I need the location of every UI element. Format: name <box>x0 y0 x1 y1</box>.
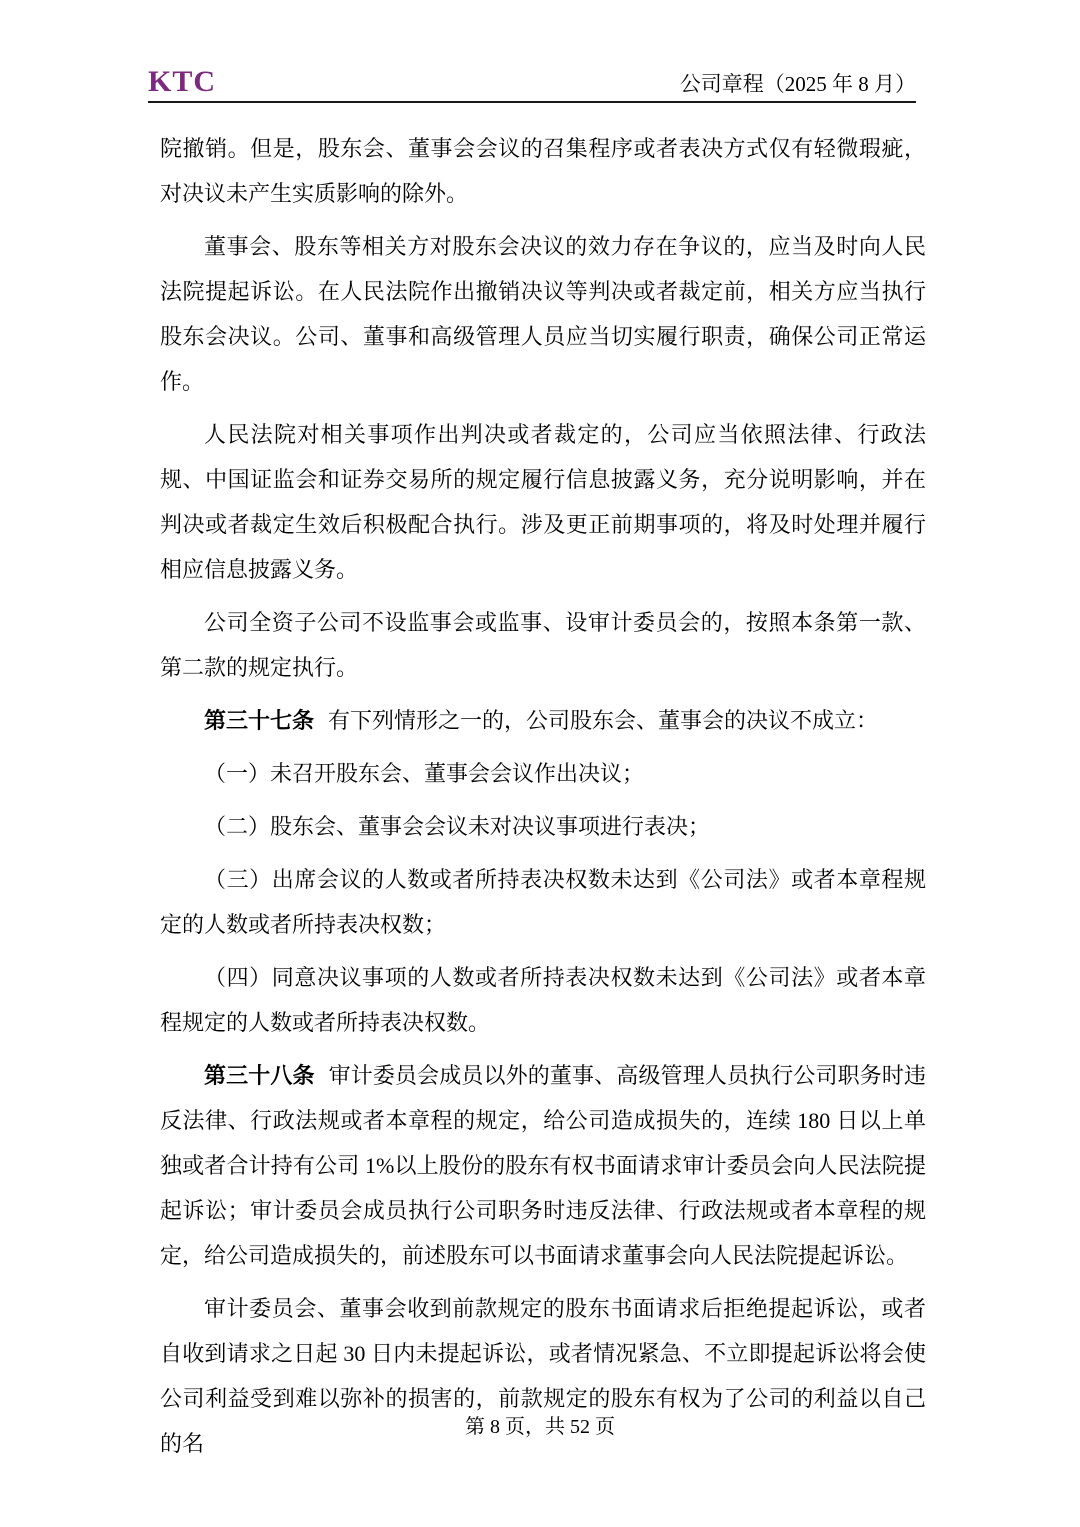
document-title: 公司章程（2025 年 8 月） <box>680 72 916 96</box>
paragraph: 审计委员会、董事会收到前款规定的股东书面请求后拒绝提起诉讼，或者自收到请求之日起… <box>160 1286 926 1466</box>
article-number: 第三十八条 <box>204 1063 315 1088</box>
document-page: KTC 公司章程（2025 年 8 月） 院撤销。但是，股东会、董事会会议的召集… <box>0 0 1080 1527</box>
article-number: 第三十七条 <box>204 708 314 733</box>
paragraph: 人民法院对相关事项作出判决或者裁定的，公司应当依照法律、行政法规、中国证监会和证… <box>160 412 926 592</box>
page-number: 第 8 页，共 52 页 <box>0 1410 1080 1439</box>
company-logo: KTC <box>148 68 216 96</box>
document-body: 院撤销。但是，股东会、董事会会议的召集程序或者表决方式仅有轻微瑕疵，对决议未产生… <box>160 126 926 1474</box>
paragraph-text: 人民法院对相关事项作出判决或者裁定的，公司应当依照法律、行政法规、中国证监会和证… <box>160 422 926 582</box>
article-paragraph: 第三十八条审计委员会成员以外的董事、高级管理人员执行公司职务时违反法律、行政法规… <box>160 1053 926 1278</box>
paragraph-text: 有下列情形之一的，公司股东会、董事会的决议不成立： <box>328 708 878 733</box>
paragraph-text: （一）未召开股东会、董事会会议作出决议； <box>204 761 644 786</box>
paragraph: 院撤销。但是，股东会、董事会会议的召集程序或者表决方式仅有轻微瑕疵，对决议未产生… <box>160 126 926 216</box>
paragraph: 公司全资子公司不设监事会或监事、设审计委员会的，按照本条第一款、第二款的规定执行… <box>160 600 926 690</box>
paragraph-text: （三）出席会议的人数或者所持表决权数未达到《公司法》或者本章程规定的人数或者所持… <box>160 867 926 937</box>
paragraph-text: （二）股东会、董事会会议未对决议事项进行表决； <box>204 814 710 839</box>
paragraph-text: 审计委员会成员以外的董事、高级管理人员执行公司职务时违反法律、行政法规或者本章程… <box>160 1063 926 1268</box>
article-paragraph: 第三十七条有下列情形之一的，公司股东会、董事会的决议不成立： <box>160 698 926 743</box>
paragraph-text: 院撤销。但是，股东会、董事会会议的召集程序或者表决方式仅有轻微瑕疵，对决议未产生… <box>160 136 926 206</box>
paragraph: 董事会、股东等相关方对股东会决议的效力存在争议的，应当及时向人民法院提起诉讼。在… <box>160 224 926 404</box>
paragraph-text: （四）同意决议事项的人数或者所持表决权数未达到《公司法》或者本章程规定的人数或者… <box>160 965 926 1035</box>
paragraph: （四）同意决议事项的人数或者所持表决权数未达到《公司法》或者本章程规定的人数或者… <box>160 955 926 1045</box>
paragraph-text: 董事会、股东等相关方对股东会决议的效力存在争议的，应当及时向人民法院提起诉讼。在… <box>160 234 926 394</box>
paragraph: （二）股东会、董事会会议未对决议事项进行表决； <box>160 804 926 849</box>
page-header: KTC 公司章程（2025 年 8 月） <box>148 68 916 103</box>
paragraph: （一）未召开股东会、董事会会议作出决议； <box>160 751 926 796</box>
paragraph-text: 公司全资子公司不设监事会或监事、设审计委员会的，按照本条第一款、第二款的规定执行… <box>160 610 926 680</box>
paragraph: （三）出席会议的人数或者所持表决权数未达到《公司法》或者本章程规定的人数或者所持… <box>160 857 926 947</box>
